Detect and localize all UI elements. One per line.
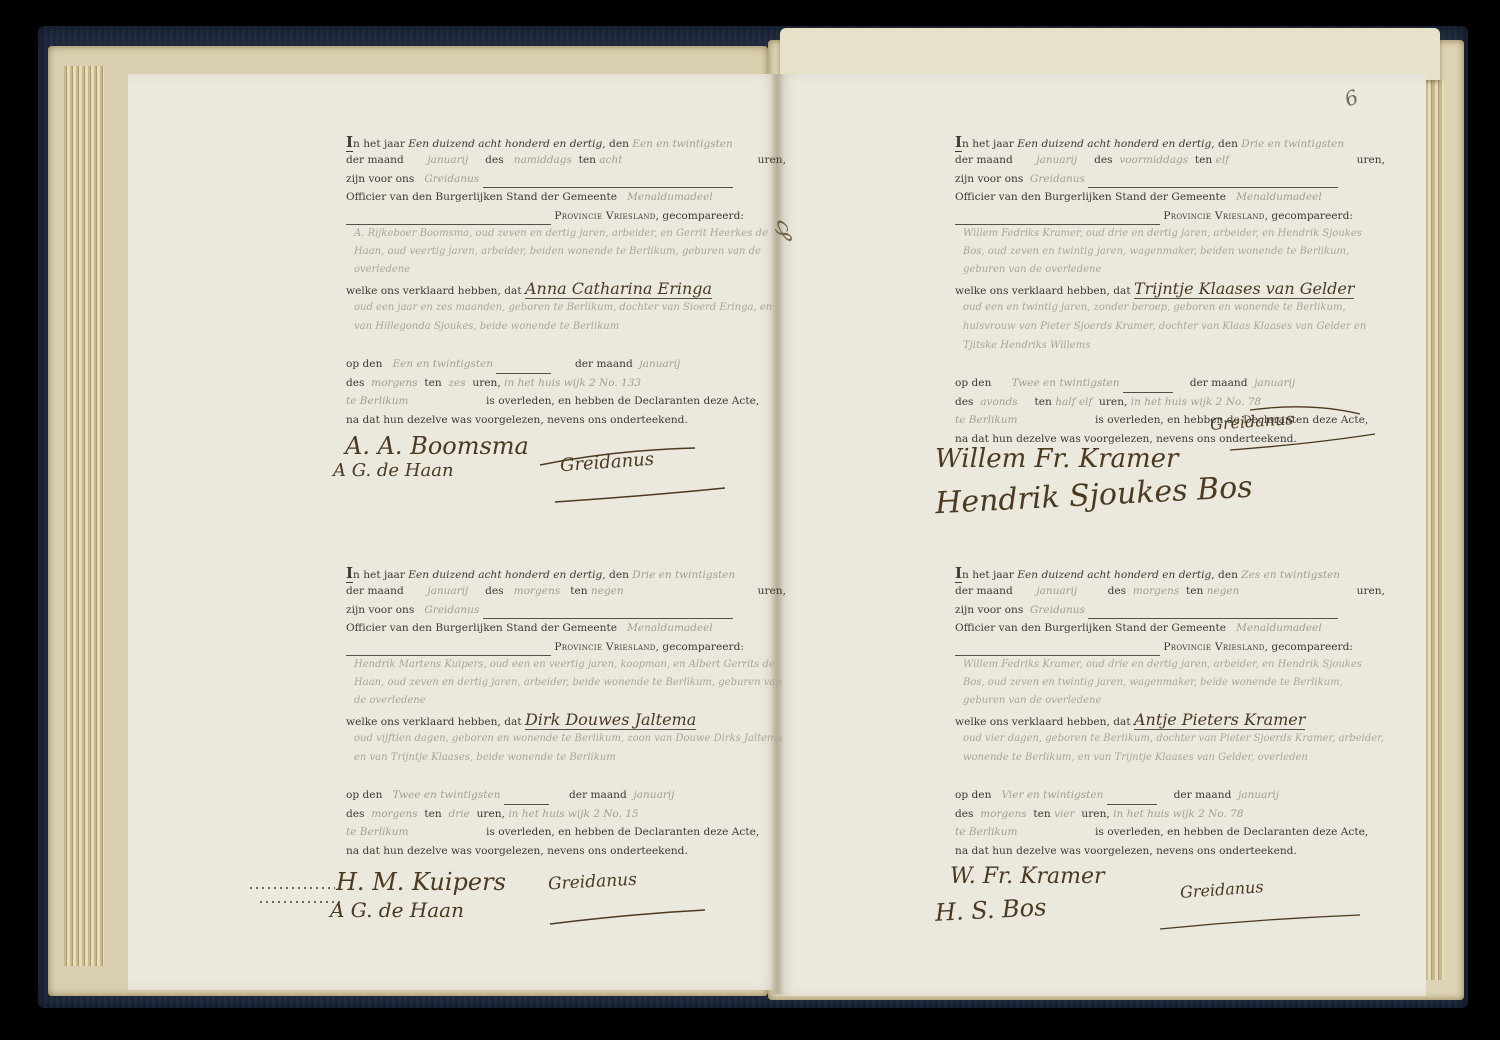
record-hour: negen [1207,585,1240,597]
label-text: der maand [346,154,404,166]
label-text: zijn voor ons [955,173,1023,185]
province-label: Provincie Vriesland [554,210,655,222]
label-text: is overleden, en hebben de Declaranten d… [486,395,759,407]
record-day: Drie en twintigsten [632,569,735,581]
declarant-signature: Willem Fr. Kramer [935,444,1178,474]
death-month: januarij [639,358,680,370]
record-month: januarij [1036,154,1077,166]
signature-flourish [1150,905,1370,935]
label-text: der maand [955,585,1013,597]
declarants-text: A. Rijkeboer Boomsma, oud zeven en derti… [346,225,786,280]
label-text: uren, [1081,808,1109,820]
label-text: des [955,808,974,820]
death-month: januarij [1254,377,1295,389]
label-text: op den [955,789,991,801]
declarant-signature: A. A. Boomsma [345,432,529,460]
label-text: , den [602,138,629,150]
label-text: ten [1195,154,1212,166]
label-text: is overleden, en hebben de Declaranten d… [486,826,759,838]
signature-flourish [535,440,745,510]
municipality: Menaldumadeel [1236,191,1322,203]
label-text: des [1108,585,1127,597]
label-text: des [485,154,504,166]
label-text: , den [1211,138,1238,150]
label-text: , den [1211,569,1238,581]
initial-letter: I [955,133,962,152]
province-label: Provincie Vriesland [554,641,655,653]
province-label: Provincie Vriesland [1163,641,1264,653]
label-text: ten [424,808,441,820]
folded-paper-flap [780,28,1440,80]
label-text: , gecompareerd: [1265,641,1353,653]
death-hour: drie [449,808,470,820]
municipality: Menaldumadeel [627,191,713,203]
label-text: welke ons verklaard hebben, dat [955,285,1131,297]
initial-letter: I [346,133,353,152]
fill-line [955,224,1160,225]
label-text: na dat hun dezelve was voorgelezen, neve… [955,845,1297,857]
label-text: des [485,585,504,597]
label-text: , gecompareerd: [1265,210,1353,222]
province-label: Provincie Vriesland [1163,210,1264,222]
label-text: Officier van den Burgerlijken Stand der … [955,622,1226,634]
label-text: ten [579,154,596,166]
death-place-note: in het huis wijk 2 No. 15 [508,808,638,820]
deceased-name: Dirk Douwes Jaltema [525,710,696,730]
label-text: zijn voor ons [955,604,1023,616]
record-hour: elf [1216,154,1229,166]
label-text: , gecompareerd: [656,641,744,653]
death-time: morgens [371,808,417,820]
record-time-of-day: namiddags [514,154,572,166]
label-text: zijn voor ons [346,604,414,616]
label-text: welke ons verklaard hebben, dat [955,716,1131,728]
label-text: Officier van den Burgerlijken Stand der … [346,191,617,203]
deceased-details: oud een en twintig jaren, zonder beroep,… [955,298,1385,374]
label-text: der maand [955,154,1013,166]
record-month: januarij [427,585,468,597]
year-text: Een duizend acht honderd en dertig [1017,138,1211,150]
death-day: Twee en twintigsten [1012,377,1120,389]
label-text: na dat hun dezelve was voorgelezen, neve… [346,414,688,426]
deceased-name: Antje Pieters Kramer [1134,710,1305,730]
death-time: morgens [371,377,417,389]
year-text: Een duizend acht honderd en dertig [408,138,602,150]
deceased-name: Anna Catharina Eringa [525,279,712,299]
death-time: avonds [980,396,1017,408]
label-text: uren, [477,808,505,820]
death-place: te Berlikum [346,823,486,841]
death-hour: zes [449,377,466,389]
label-text: des [1094,154,1113,166]
label-text: ten [1034,396,1051,408]
record-day: Een en twintigsten [632,138,733,150]
death-place: te Berlikum [955,411,1095,429]
year-text: Een duizend acht honderd en dertig [1017,569,1211,581]
label-text: Officier van den Burgerlijken Stand der … [955,191,1226,203]
officer-name: Greidanus [1030,604,1085,616]
label-text: welke ons verklaard hebben, dat [346,285,522,297]
record-month: januarij [427,154,468,166]
officer-name: Greidanus [1030,173,1085,185]
label-text: op den [346,358,382,370]
record-time-of-day: voormiddags [1119,154,1188,166]
label-text: zijn voor ons [346,173,414,185]
record-day: Drie en twintigsten [1241,138,1344,150]
death-place-note: in het huis wijk 2 No. 133 [504,377,641,389]
municipality: Menaldumadeel [627,622,713,634]
deceased-details: oud vijftien dagen, geboren en wonende t… [346,729,786,786]
record-time-of-day: morgens [514,585,560,597]
death-record-entry: In het jaar Een duizend acht honderd en … [955,564,1385,860]
fill-line [346,224,551,225]
declarants-text: Willem Fedriks Kramer, oud drie en derti… [955,656,1385,711]
signature-flourish [1190,400,1390,460]
label-text: , den [602,569,629,581]
label-text: op den [955,377,991,389]
deceased-details: oud een jaar en zes maanden, geboren te … [346,298,786,355]
label-text: is overleden, en hebben de Declaranten d… [1095,826,1368,838]
label-text: uren, [758,582,786,600]
label-text: ten [570,585,587,597]
record-hour: acht [599,154,622,166]
label-text: uren, [472,377,500,389]
year-text: Een duizend acht honderd en dertig [408,569,602,581]
initial-letter: I [955,564,962,583]
death-place-note: in het huis wijk 2 No. 78 [1113,808,1243,820]
death-time: morgens [980,808,1026,820]
declarant-signature: W. Fr. Kramer [950,864,1105,889]
fill-line [346,655,551,656]
label-text: Officier van den Burgerlijken Stand der … [346,622,617,634]
signature-flourish [250,880,710,930]
record-hour: negen [591,585,624,597]
declarant-signature: H. S. Bos [934,893,1047,927]
label-text: n het jaar [353,138,405,150]
officer-name: Greidanus [424,173,479,185]
death-day: Twee en twintigsten [393,789,501,801]
initial-letter: I [346,564,353,583]
label-text: des [346,377,365,389]
officer-name: Greidanus [424,604,479,616]
label-text: ten [1033,808,1050,820]
death-hour: half elf [1055,396,1092,408]
label-text: uren, [758,151,786,169]
death-day: Een en twintigsten [393,358,494,370]
label-text: n het jaar [353,569,405,581]
record-day: Zes en twintigsten [1241,569,1340,581]
label-text: uren, [1099,396,1127,408]
death-month: januarij [634,789,675,801]
deceased-name: Trijntje Klaases van Gelder [1134,279,1354,299]
death-record-entry: In het jaar Een duizend acht honderd en … [346,564,786,860]
label-text: welke ons verklaard hebben, dat [346,716,522,728]
declarants-text: Willem Fedriks Kramer, oud drie en derti… [955,225,1385,280]
label-text: des [346,808,365,820]
declarants-text: Hendrik Martens Kuipers, oud een en veer… [346,656,786,711]
label-text: , gecompareerd: [656,210,744,222]
label-text: ten [424,377,441,389]
deceased-details: oud vier dagen, geboren te Berlikum, doc… [955,729,1385,786]
declarant-signature: A G. de Haan [333,460,454,481]
label-text: uren, [1357,582,1385,600]
label-text: n het jaar [962,569,1014,581]
label-text: na dat hun dezelve was voorgelezen, neve… [346,845,688,857]
record-time-of-day: morgens [1133,585,1179,597]
label-text: der maand [346,585,404,597]
fill-line [955,655,1160,656]
death-month: januarij [1238,789,1279,801]
record-month: januarij [1036,585,1077,597]
label-text: uren, [1357,151,1385,169]
label-text: n het jaar [962,138,1014,150]
municipality: Menaldumadeel [1236,622,1322,634]
death-record-entry: In het jaar Een duizend acht honderd en … [346,133,786,429]
label-text: des [955,396,974,408]
death-place: te Berlikum [955,823,1095,841]
label-text: ten [1186,585,1203,597]
death-place: te Berlikum [346,392,486,410]
death-hour: vier [1054,808,1075,820]
label-text: op den [346,789,382,801]
death-day: Vier en twintigsten [1002,789,1104,801]
